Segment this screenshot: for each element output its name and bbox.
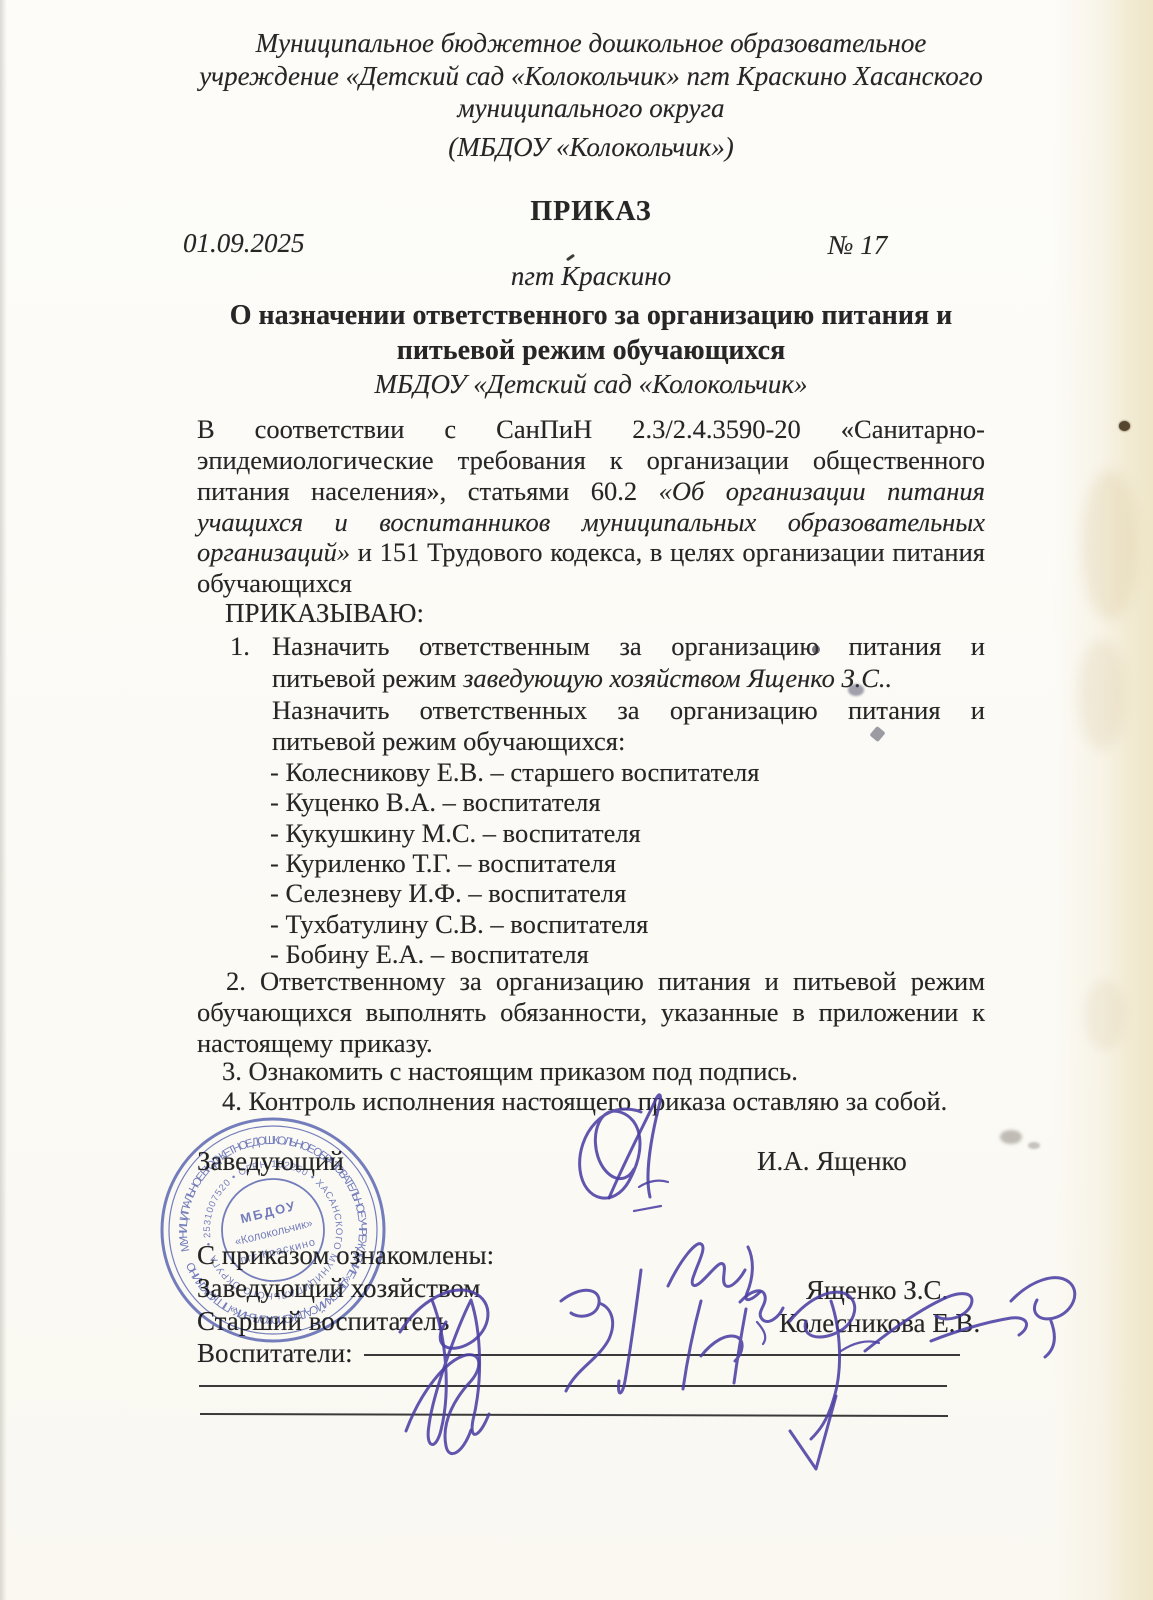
item2-line-3: настоящему приказу.: [197, 1028, 433, 1058]
preamble-line-5-normal: и 151 Трудового кодекса, в целях организ…: [358, 537, 985, 567]
ack-heading: С приказом ознакомлены:: [197, 1240, 494, 1271]
ink-speck: [869, 726, 885, 742]
assignee-item: - Колесникову Е.В. – старшего воспитател…: [270, 757, 759, 787]
assignee-item: - Кукушкину М.С. – воспитателя: [270, 818, 641, 848]
paper-stain: [1078, 640, 1126, 750]
preamble-line-3: питания населения», статьями 60.2 «Об ор…: [197, 476, 985, 506]
preamble-line-5: организаций» и 151 Трудового кодекса, в …: [197, 537, 985, 567]
item1-line-2-normal: питьевой режим: [272, 663, 463, 693]
signature-line: [364, 1354, 960, 1356]
ack-row-name: Колесникова Е.В.: [779, 1308, 980, 1339]
ack-signature-yashchenko: [668, 1244, 760, 1300]
scanned-order-page: Муниципальное бюджетное дошкольное образ…: [0, 0, 1153, 1600]
subject-line-1: О назначении ответственного за организац…: [197, 300, 985, 332]
letterhead-abbr: (МБДОУ «Колокольчик»): [197, 132, 985, 163]
teachers-signatures: [400, 1270, 1075, 1469]
item3-line: 3. Ознакомить с настоящим приказом под п…: [222, 1056, 798, 1086]
order-place: пгт Краскино: [197, 261, 985, 292]
item2-line-2: обучающихся выполнять обязанности, указа…: [197, 997, 985, 1027]
item2-line-1: 2. Ответственному за организацию питания…: [226, 966, 985, 996]
assignee-item: - Селезневу И.Ф. – воспитателя: [270, 878, 626, 908]
paper-speck: [1119, 421, 1130, 431]
preamble-line-5-italic: организаций»: [197, 537, 350, 567]
item1-line-1: Назначить ответственным за организацию п…: [272, 631, 985, 661]
order-date: 01.09.2025: [183, 228, 305, 259]
paper-stain: [1082, 470, 1138, 620]
preamble-line-3-italic: «Об организации питания: [659, 476, 985, 506]
assignee-item: - Куценко В.А. – воспитателя: [270, 787, 601, 817]
item1-line-2-italic: заведующую хозяйством Ященко З.С..: [463, 663, 892, 693]
doc-type-title: ПРИКАЗ: [197, 196, 985, 228]
ack-row-role: Воспитатели:: [197, 1338, 353, 1369]
letterhead-line-3: муниципального округа: [197, 93, 985, 124]
ack-row-role: Старший воспитатель: [197, 1306, 449, 1337]
director-role: Заведующий: [197, 1146, 344, 1177]
letterhead-line-2: учреждение «Детский сад «Колокольчик» пг…: [197, 61, 985, 92]
ack-row-name: Ященко З.С.: [806, 1275, 948, 1306]
preamble-line-4: учащихся и воспитанников муниципальных о…: [197, 507, 985, 537]
stamp-center-line-1: МБДОУ: [239, 1198, 298, 1226]
subject-org: МБДОУ «Детский сад «Колокольчик»: [197, 369, 985, 400]
item4-line: 4. Контроль исполнения настоящего приказ…: [222, 1086, 947, 1116]
letterhead-line-1: Муниципальное бюджетное дошкольное образ…: [197, 28, 985, 59]
item1-number: 1.: [230, 631, 250, 661]
item1-line-4: питьевой режим обучающихся:: [272, 726, 625, 756]
preamble-line-2: эпидемиологические требования к организа…: [197, 445, 985, 475]
assignee-item: - Тухбатулину С.В. – воспитателя: [270, 909, 648, 939]
assignee-item: - Бобину Е.А. – воспитателя: [270, 939, 589, 969]
signature-line: [199, 1385, 947, 1387]
preamble-line-3-normal: питания населения», статьями 60.2: [197, 476, 637, 506]
paper-stain: [1085, 980, 1125, 1050]
assignee-item: - Куриленко Т.Г. – воспитателя: [270, 848, 616, 878]
gray-smudge: [1000, 1130, 1022, 1144]
gray-smudge: [1028, 1142, 1040, 1149]
subject-line-2: питьевой режим обучающихся: [197, 335, 985, 367]
director-name: И.А. Ященко: [757, 1146, 907, 1177]
ack-row-role: Заведующий хозяйством: [197, 1273, 481, 1304]
item1-line-2: питьевой режим заведующую хозяйством Яще…: [272, 663, 892, 693]
signature-line: [200, 1413, 948, 1417]
ack-signature-kolesnikova: [740, 1291, 783, 1344]
preamble-line-1: В соответствии с СанПиН 2.3/2.4.3590-20 …: [197, 414, 985, 444]
order-number: № 17: [828, 230, 887, 261]
prikaz-word: ПРИКАЗЫВАЮ:: [225, 598, 424, 629]
preamble-line-6: обучающихся: [197, 568, 352, 598]
item1-line-3: Назначить ответственных за организацию п…: [272, 695, 985, 725]
